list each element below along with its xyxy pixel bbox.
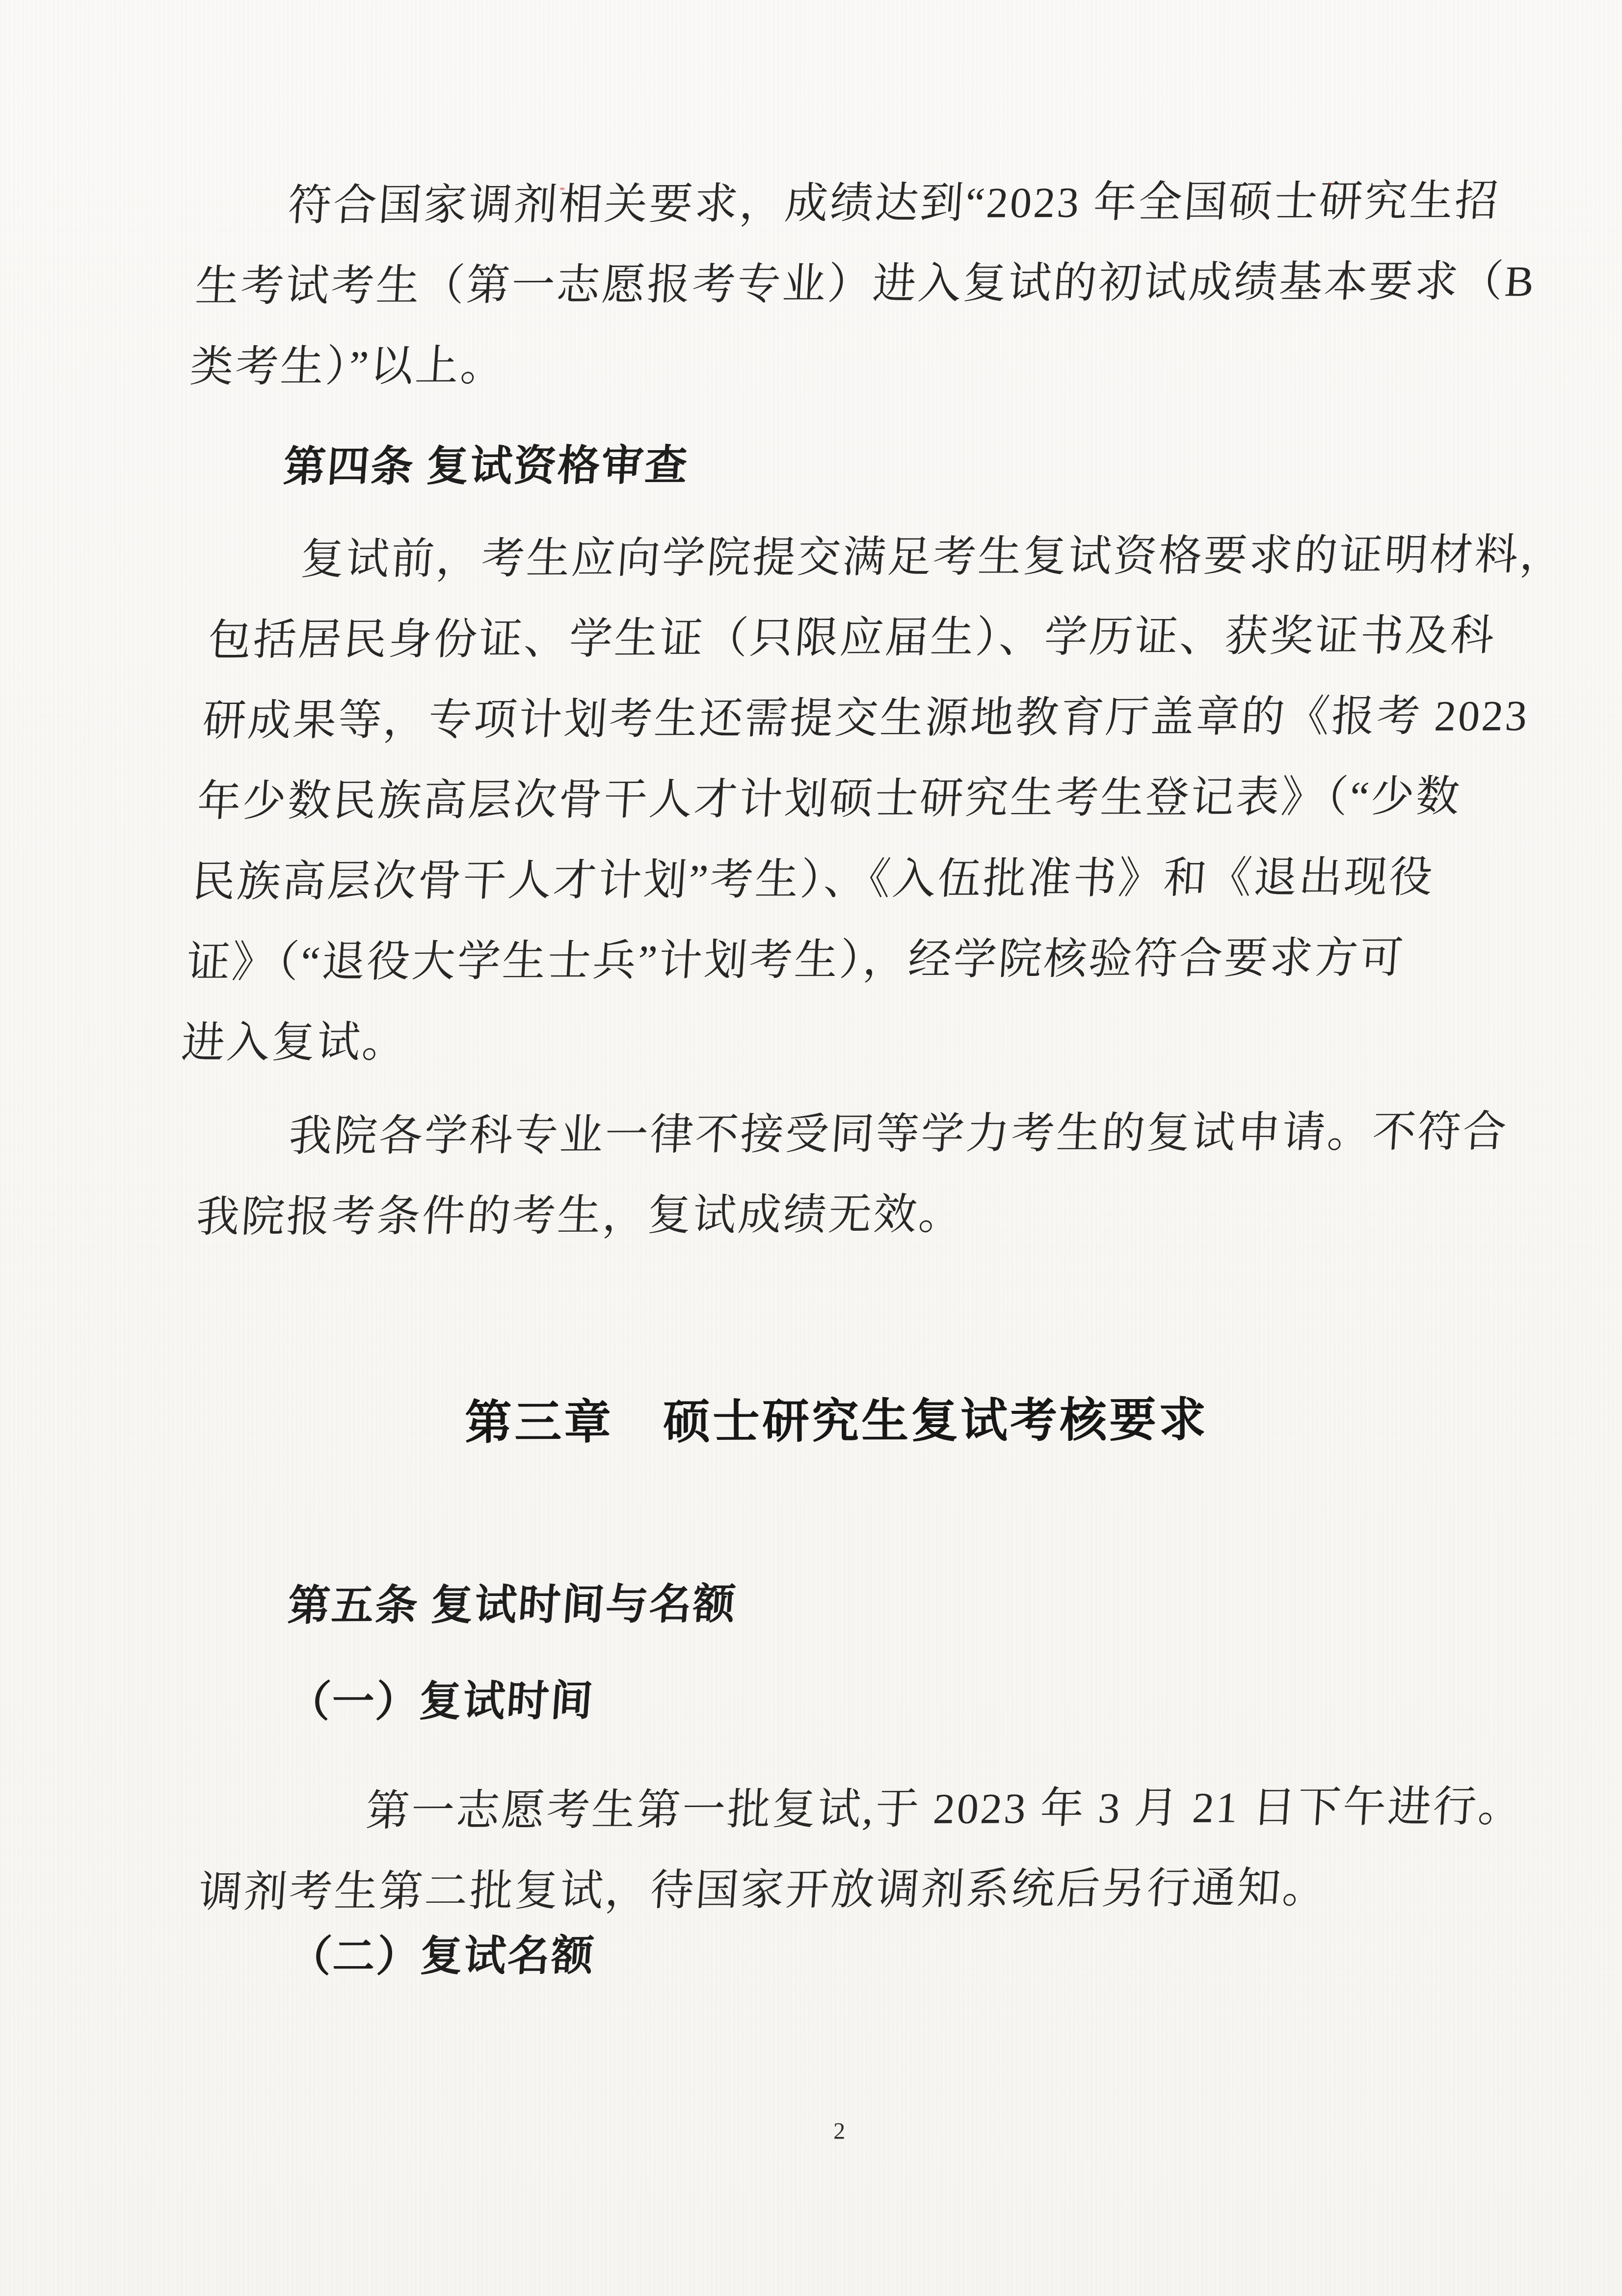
paragraph-equivalent-degree: 我院各学科专业一律不接受同等学力考生的复试申请。不符合 我院报考条件的考生，复试… xyxy=(193,1092,1478,1258)
text-line: 我院报考条件的考生，复试成绩无效。 xyxy=(193,1173,1472,1258)
paragraph-reexam-time: 第一志愿考生第一批复试,于 2023 年 3 月 21 日下午进行。 调剂考生第… xyxy=(196,1767,1481,1933)
text-line: 证》（“退役大学生士兵”计划考生），经学院核验符合要求方可 xyxy=(184,918,1463,1003)
text-line: 我院各学科专业一律不接受同等学力考生的复试申请。不符合 xyxy=(199,1092,1478,1178)
document-page: 符合国家调剂相关要求，成绩达到“2023 年全国硕士研究生招 生考试考生（第一志… xyxy=(0,0,1622,2296)
text-line: 生考试考生（第一志愿报考专业）进入复试的初试成绩基本要求（B xyxy=(193,242,1472,327)
article-5-heading: 第五条 复试时间与名额 xyxy=(198,1561,1477,1647)
text-line: 进入复试。 xyxy=(179,999,1458,1084)
section-2-heading: （二）复试名额 xyxy=(199,1912,1478,1998)
chapter-3-heading: 第三章 硕士研究生复试考核要求 xyxy=(200,1379,1474,1464)
text-line: 年少数民族高层次骨干人才计划硕士研究生考生登记表》（“少数 xyxy=(195,757,1474,842)
text-line: 包括居民身份证、学生证（只限应届生）、学历证、获奖证书及科 xyxy=(206,596,1485,681)
text-line: 复试前，考生应向学院提交满足考生复试资格要求的证明材料， xyxy=(211,515,1489,601)
scan-artifact xyxy=(559,188,564,190)
text-line: 第一志愿考生第一批复试,于 2023 年 3 月 21 日下午进行。 xyxy=(202,1767,1481,1853)
text-line: 民族高层次骨干人才计划”考生）、《入伍批准书》和《退出现役 xyxy=(189,837,1468,923)
paragraph-adjustment-requirement: 符合国家调剂相关要求，成绩达到“2023 年全国硕士研究生招 生考试考生（第一志… xyxy=(187,162,1477,408)
section-1-heading: （一）复试时间 xyxy=(198,1657,1477,1743)
text-line: 类考生）”以上。 xyxy=(187,323,1466,408)
page-content: 符合国家调剂相关要求，成绩达到“2023 年全国硕士研究生招 生考试考生（第一志… xyxy=(0,0,1622,2296)
text-line: 符合国家调剂相关要求，成绩达到“2023 年全国硕士研究生招 xyxy=(198,162,1477,247)
article-4-heading: 第四条 复试资格审查 xyxy=(193,422,1472,508)
scan-artifact xyxy=(1327,183,1331,185)
paragraph-qualification-review: 复试前，考生应向学院提交满足考生复试资格要求的证明材料， 包括居民身份证、学生证… xyxy=(179,515,1489,1084)
text-line: 研成果等，专项计划考生还需提交生源地教育厅盖章的《报考 2023 xyxy=(200,676,1479,762)
page-number: 2 xyxy=(203,2114,1476,2149)
